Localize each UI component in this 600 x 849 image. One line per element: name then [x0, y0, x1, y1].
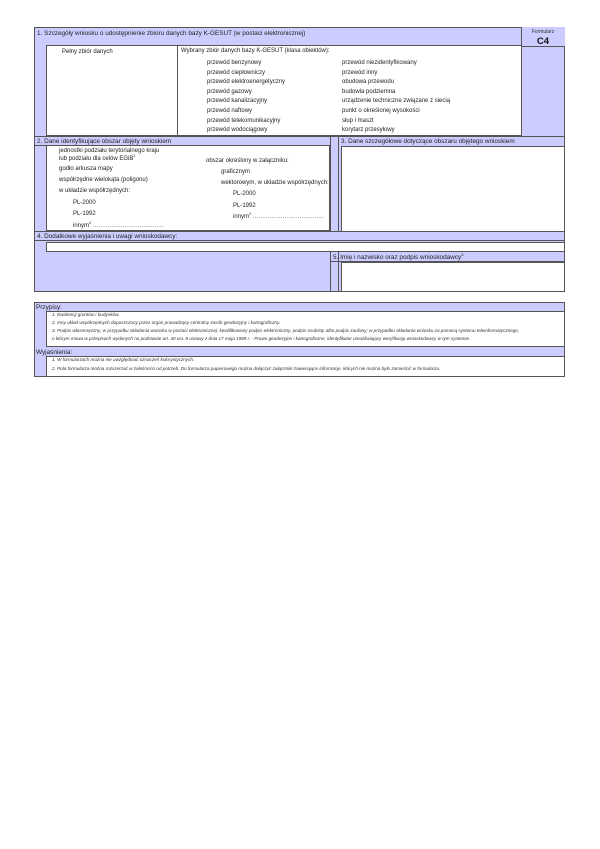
class-option[interactable]: przewód niezidentyfikowany [342, 60, 450, 70]
form-label: Formularz [521, 29, 565, 35]
class-option[interactable]: przewód inny [342, 70, 450, 80]
other-coord-field[interactable]: ...................................... [93, 223, 164, 229]
class-option[interactable]: przewód elektroenergetyczny [207, 79, 285, 89]
signature-field[interactable] [341, 262, 565, 292]
class-option[interactable]: punkt o określonej wysokości [342, 108, 450, 118]
pl2000-option[interactable]: PL-2000 [59, 200, 164, 212]
classes-right-list: przewód niezidentyfikowany przewód inny … [342, 60, 450, 137]
vector-other-option[interactable]: innym2 .................................… [206, 214, 329, 220]
section3-field[interactable] [341, 146, 565, 232]
coord-system-label: w układzie współrzędnych: [59, 188, 164, 200]
territorial-units-line2: lub podziału dla celów EGiB1 [59, 156, 164, 166]
other-coord-option[interactable]: innym2 .................................… [59, 223, 164, 229]
class-option[interactable]: przewód ciepłowniczy [207, 70, 285, 80]
class-option[interactable]: przewód gazowy [207, 89, 285, 99]
class-option[interactable]: obudowa przewodu [342, 79, 450, 89]
territorial-units-option[interactable]: jednostki podziału terytorialnego kraju [59, 148, 164, 156]
section4-top-line [34, 231, 565, 232]
section4-title: 4. Dodatkowe wyjaśnienia i uwagi wniosko… [37, 233, 177, 240]
section1-divider [177, 45, 178, 136]
vector-pl2000-option[interactable]: PL-2000 [206, 191, 329, 203]
explanation-item: 2. Pola formularza można rozszerzać w za… [52, 367, 440, 376]
vector-other-field[interactable]: ...................................... [253, 214, 324, 220]
footnotes-list: 1. Ewidencji gruntów i budynków. 2. Inny… [52, 313, 519, 345]
footnotes-title: Przypisy: [36, 304, 62, 311]
section3-title: 3. Dane szczegółowe dotyczące obszaru ob… [341, 138, 515, 145]
form-code: C4 [521, 36, 565, 47]
vector-pl1992-option[interactable]: PL-1992 [206, 203, 329, 215]
pl1992-option[interactable]: PL-1992 [59, 211, 164, 223]
polygon-option[interactable]: współrzędne wielokąta (poligonu) [59, 177, 164, 189]
area-identification-right: obszar określony w załączniku: graficzny… [206, 158, 329, 220]
section2-title: 2. Dane identyfikujące obszar objęty wni… [37, 138, 171, 145]
attachment-label: obszar określony w załączniku: [206, 158, 329, 169]
classes-left-list: przewód benzynowy przewód ciepłowniczy p… [207, 60, 285, 137]
explanations-title: Wyjaśnienia: [36, 349, 72, 356]
explanations-list: 1. W formularzach można nie uwzględniać … [52, 358, 440, 376]
footnote-item: o którym mowa w przepisach wydanych na p… [52, 337, 519, 345]
selected-set-label: Wybrany zbiór danych bazy K-GESUT (klasa… [181, 48, 330, 54]
class-option[interactable]: budowla podziemna [342, 89, 450, 99]
section4-field[interactable] [46, 242, 565, 252]
section3-left-bar [338, 136, 339, 232]
vector-option[interactable]: wektorowym, w układzie współrzędnych: [206, 180, 329, 192]
class-option[interactable]: słup i maszt [342, 118, 450, 128]
class-option[interactable]: przewód telekomunikacyjny [207, 118, 285, 128]
section3-divider [330, 136, 331, 232]
graphic-option[interactable]: graficznym [206, 169, 329, 180]
area-identification-left: jednostki podziału terytorialnego kraju … [59, 148, 164, 229]
class-option[interactable]: przewód kanalizacyjny [207, 98, 285, 108]
full-set-option[interactable]: Pełny zbiór danych [62, 49, 113, 55]
section5-divider [330, 252, 331, 292]
map-sheet-option[interactable]: godło arkusza mapy [59, 166, 164, 177]
section-separator [34, 136, 565, 137]
class-option[interactable]: urządzenie techniczne związane z siecią [342, 98, 450, 108]
class-option[interactable]: przewód naftowy [207, 108, 285, 118]
section1-title: 1. Szczegóły wniosku o udostępnienie zbi… [37, 30, 305, 37]
section5-title: 5. Imię i nazwisko oraz podpis wnioskoda… [333, 254, 463, 261]
section4-header-line [34, 240, 565, 241]
class-option[interactable]: przewód benzynowy [207, 60, 285, 70]
